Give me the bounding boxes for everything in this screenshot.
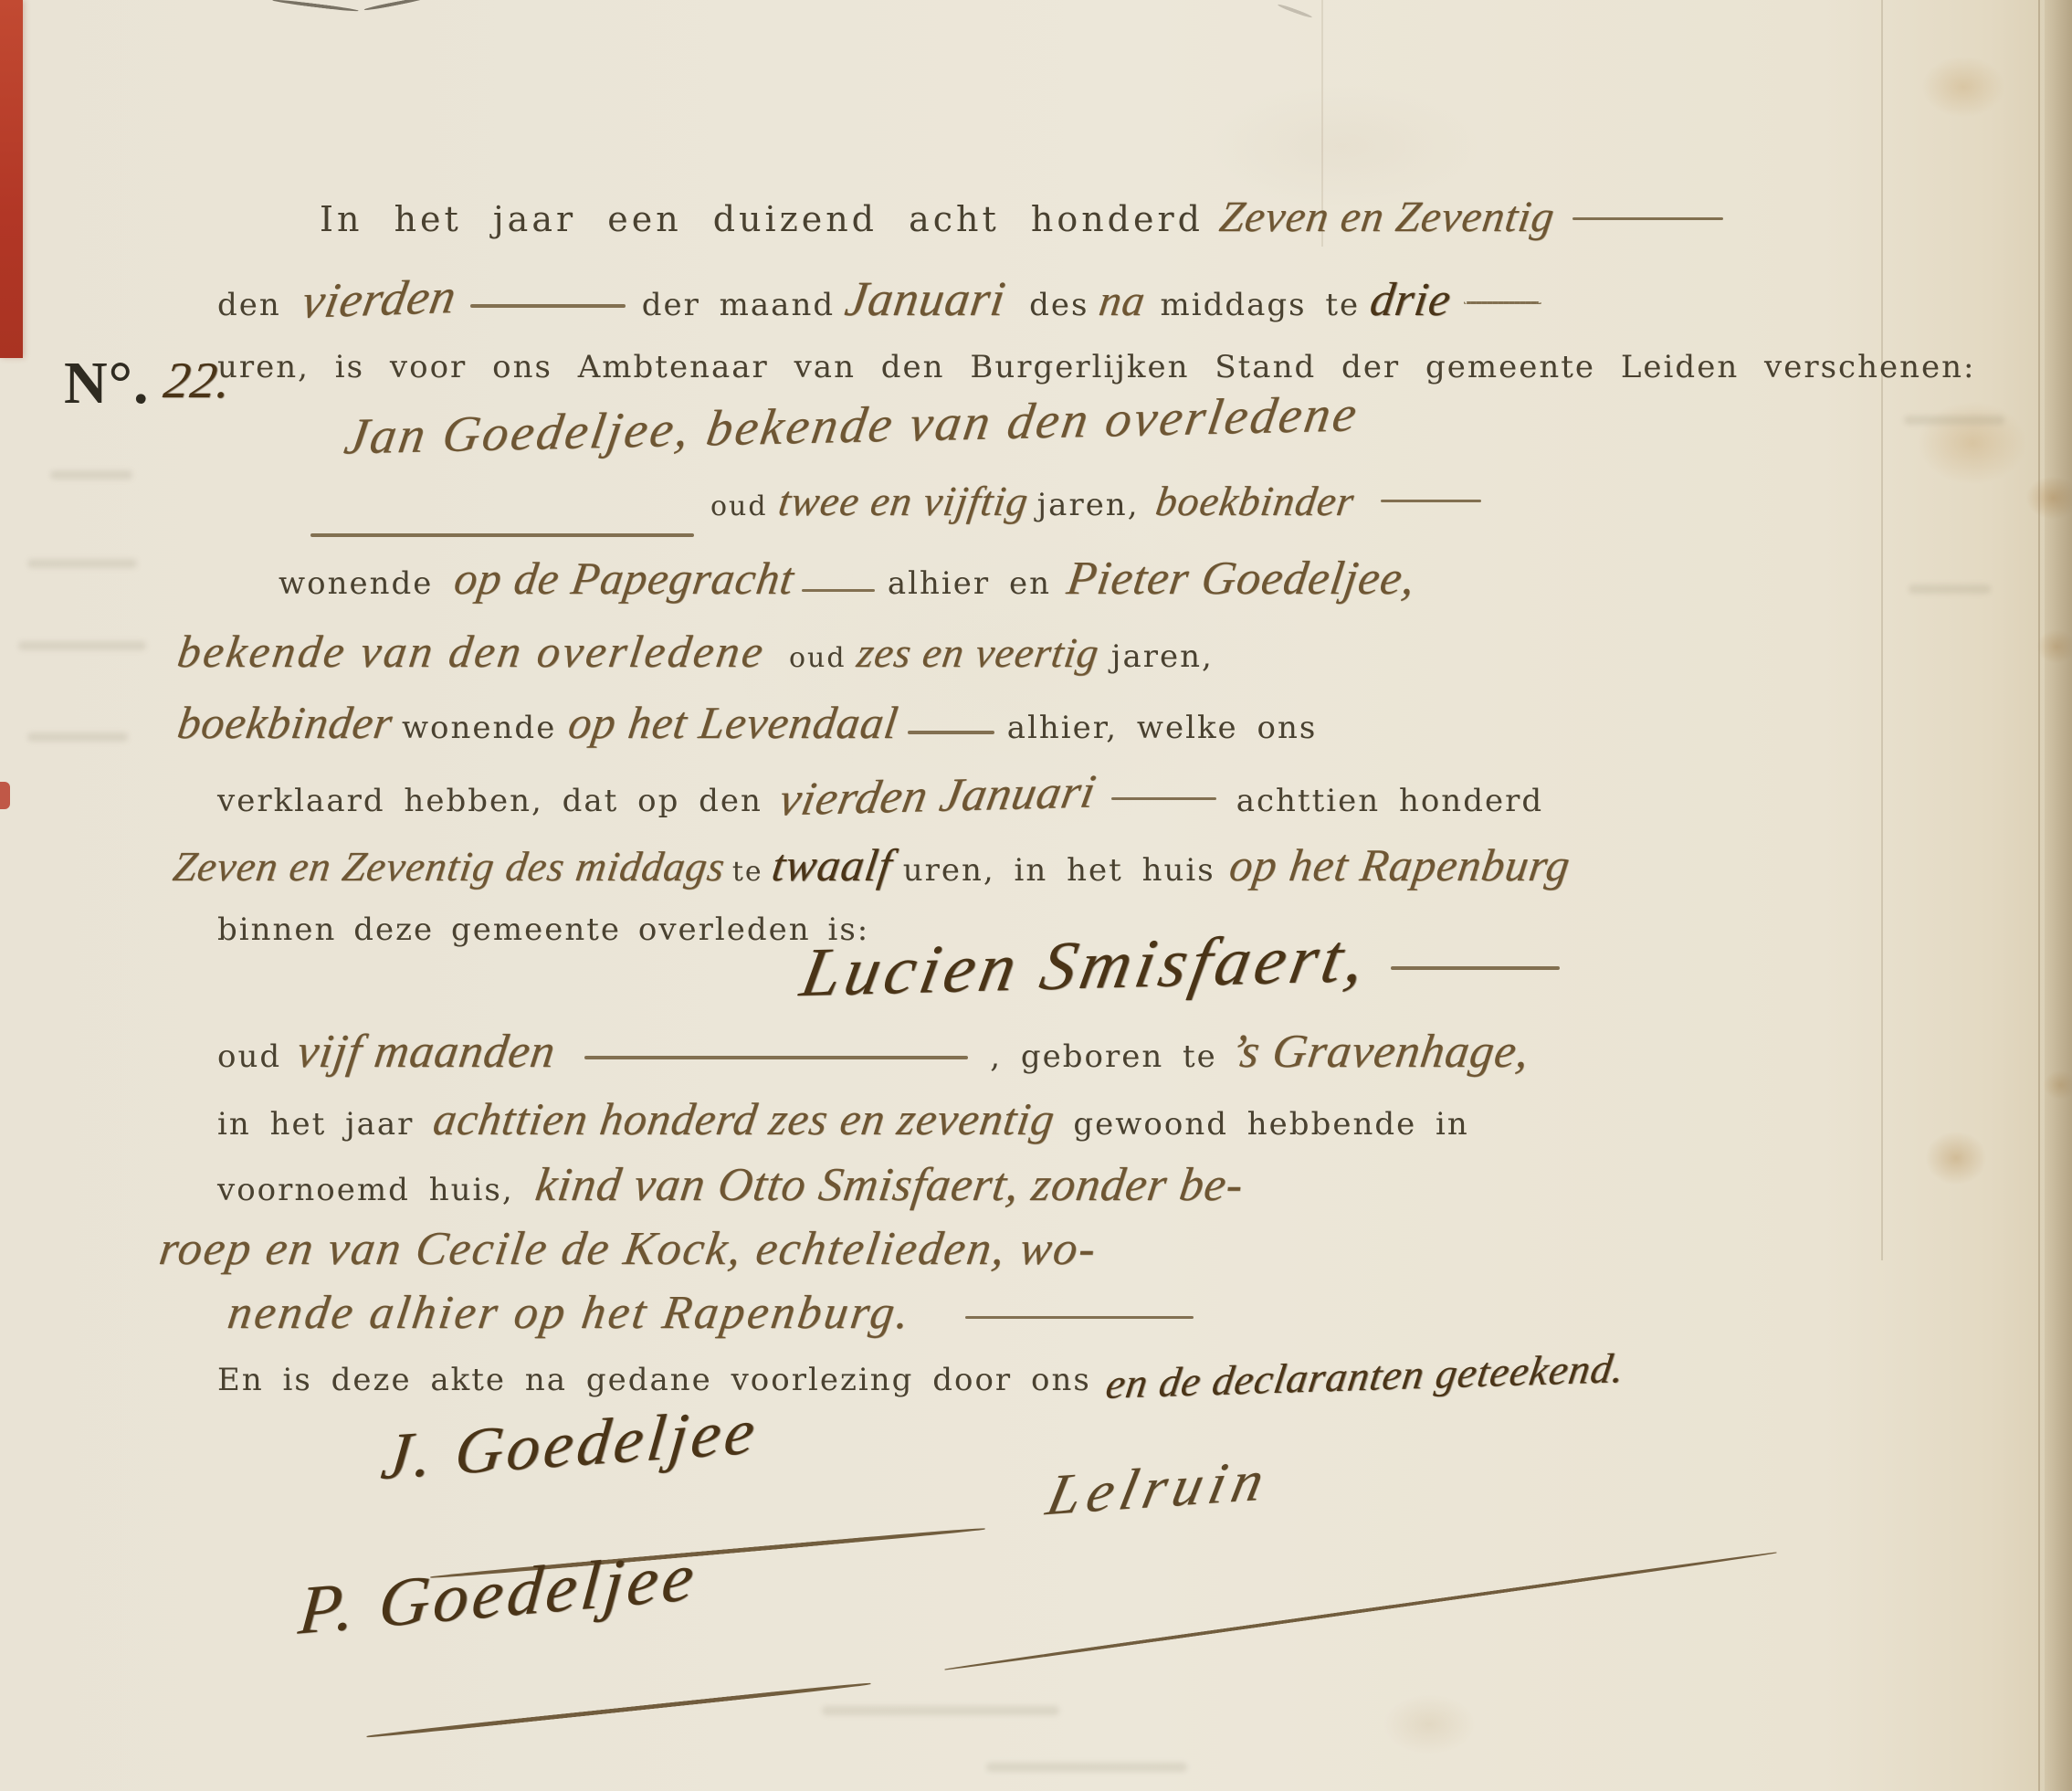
act-line-7: bekende van den overledene oud zes en ve… xyxy=(178,625,1214,678)
handwritten-segment: achttien honderd zes en zeventig xyxy=(430,1092,1058,1145)
handwritten-segment: vijf maanden xyxy=(294,1025,559,1079)
act-line-18: En is deze akte na gedane voorlezing doo… xyxy=(217,1352,1623,1400)
bleed-through-smudge xyxy=(986,1763,1187,1772)
handwritten-segment: Januari xyxy=(842,270,1010,327)
printed-segment: uren, is voor ons Ambtenaar van den Burg… xyxy=(217,349,1975,385)
death-certificate-scan: N°.22. In het jaar een duizend acht hond… xyxy=(0,0,2072,1791)
handwritten-segment: kind van Otto Smisfaert, zonder be- xyxy=(531,1158,1246,1212)
deceased-name-handwritten: Lucien Smisfaert, xyxy=(794,919,1375,1013)
handwritten-segment: na xyxy=(1097,276,1150,326)
handwritten-segment: twaalf xyxy=(769,838,896,891)
act-line-6: wonende op de Papegracht alhier en Piete… xyxy=(279,552,1415,606)
bleed-through-smudge xyxy=(1904,416,2004,425)
printed-segment: te xyxy=(732,856,763,888)
handwritten-segment: vierden xyxy=(298,268,461,330)
printed-segment: alhier en xyxy=(888,565,1051,602)
handwritten-segment: ’s Gravenhage, xyxy=(1226,1025,1533,1079)
top-edge-ink-mark xyxy=(272,0,359,13)
printed-segment: En is deze akte na gedane voorlezing doo… xyxy=(217,1362,1091,1398)
signature-text: P. Goedeljee xyxy=(296,1537,700,1650)
printed-segment: oud xyxy=(789,642,847,674)
handwritten-segment: bekende van den overledene xyxy=(174,625,769,678)
page-right-edge xyxy=(2045,0,2072,1791)
printed-segment: achttien honderd xyxy=(1236,783,1543,819)
printed-segment: oud xyxy=(217,1038,281,1075)
signature-text: J. Goedeljee xyxy=(378,1394,763,1495)
act-line-17: nende alhier op het Rapenburg. xyxy=(228,1286,1194,1340)
paper-stains xyxy=(0,0,2072,1791)
bleed-through-smudge xyxy=(50,470,132,479)
signature-witness-2: P. Goedeljee xyxy=(301,1554,695,1634)
printed-segment: binnen deze gemeente overleden is: xyxy=(217,911,869,948)
ink-dash xyxy=(1464,301,1541,304)
top-edge-ink-mark xyxy=(363,0,426,12)
act-line-15: voornoemd huis, kind van Otto Smisfaert,… xyxy=(217,1158,1243,1212)
red-edge-mark xyxy=(0,782,10,809)
bleed-through-smudge xyxy=(27,559,137,568)
printed-segment: jaren, xyxy=(1037,487,1140,523)
signature-text: Lelruin xyxy=(1041,1447,1277,1529)
printed-segment: wonende xyxy=(279,565,433,602)
printed-segment: in het jaar xyxy=(217,1106,414,1143)
act-line-10: Zeven en Zeventig des middags te twaalf … xyxy=(174,838,1570,891)
handwritten-segment: Jan Goedeljee, bekende van den overleden… xyxy=(341,385,1363,466)
act-line-16: roep en van Cecile de Kock, echtelieden,… xyxy=(160,1222,1097,1276)
ink-line-filler xyxy=(310,533,694,537)
handwritten-segment: op de Papegracht xyxy=(451,552,798,605)
act-line-5: oud twee en vijftig jaren, boekbinder xyxy=(310,477,1481,537)
printed-segment: gewoond hebbende in xyxy=(1073,1106,1468,1143)
printed-segment: uren, in het huis xyxy=(903,852,1215,889)
signature-registrar: Lelruin xyxy=(1050,1454,1267,1522)
printed-segment: den xyxy=(217,287,281,323)
top-edge-ink-mark xyxy=(1278,3,1313,18)
printed-segment: In het jaar een duizend acht honderd xyxy=(320,199,1204,239)
printed-segment: middags te xyxy=(1160,287,1360,323)
ink-dash xyxy=(584,1056,968,1059)
ink-dash xyxy=(1111,797,1216,800)
act-line-9: verklaard hebben, dat op den vierden Jan… xyxy=(217,769,1543,823)
printed-segment: wonende xyxy=(402,710,556,746)
act-line-12-deceased-name: Lucien Smisfaert, xyxy=(804,926,1560,1006)
handwritten-segment: drie xyxy=(1367,273,1455,327)
printed-segment: jaren, xyxy=(1111,638,1214,675)
ink-dash xyxy=(802,589,875,592)
ink-dash xyxy=(965,1316,1194,1319)
handwritten-segment: zes en veertig xyxy=(854,628,1102,677)
handwritten-segment: twee en vijftig xyxy=(775,477,1031,525)
printed-segment: oud xyxy=(710,490,768,522)
ink-dash xyxy=(1572,217,1723,220)
handwritten-segment: Zeven en Zeventig xyxy=(1216,192,1558,242)
margin-record-number: N°.22. xyxy=(64,349,231,418)
printed-segment: des xyxy=(1029,287,1089,323)
handwritten-segment: op het Rapenburg xyxy=(1226,838,1574,891)
printed-segment: , geboren te xyxy=(990,1038,1217,1075)
handwritten-segment: op het Levendaal xyxy=(565,696,902,749)
printed-segment: der maand xyxy=(642,287,835,323)
handwritten-segment: vierden Januari xyxy=(775,765,1101,827)
act-line-13: oud vijf maanden , geboren te ’s Gravenh… xyxy=(217,1025,1530,1079)
act-line-1: In het jaar een duizend acht honderd Zev… xyxy=(320,192,1723,242)
handwritten-segment: boekbinder xyxy=(1152,477,1357,525)
record-number-label: N°. xyxy=(64,350,150,416)
registrar-flourish-line xyxy=(944,1551,1777,1671)
page-fold-line xyxy=(1881,0,1883,1260)
red-binding-strip xyxy=(0,0,23,358)
handwritten-segment: Pieter Goedeljee, xyxy=(1064,552,1419,606)
bleed-through-smudge xyxy=(18,641,146,650)
ink-dash xyxy=(1391,966,1560,970)
ink-dash xyxy=(908,731,994,734)
handwritten-segment: Zeven en Zeventig des middags xyxy=(170,842,728,890)
handwritten-segment: en de declaranten geteekend. xyxy=(1103,1343,1628,1408)
act-line-3: uren, is voor ons Ambtenaar van den Burg… xyxy=(217,349,1975,385)
handwritten-segment: roep en van Cecile de Kock, echtelieden,… xyxy=(156,1222,1100,1276)
printed-segment: verklaard hebben, dat op den xyxy=(217,783,763,819)
printed-segment: voornoemd huis, xyxy=(217,1172,514,1208)
handwritten-segment: nende alhier op het Rapenburg. xyxy=(225,1286,915,1340)
ink-dash xyxy=(470,304,626,308)
signature-underline-flourish xyxy=(366,1681,870,1739)
bleed-through-smudge xyxy=(27,732,128,742)
act-line-11: binnen deze gemeente overleden is: xyxy=(217,911,869,948)
ink-dash xyxy=(1381,500,1481,502)
act-line-14: in het jaar achttien honderd zes en zeve… xyxy=(217,1092,1469,1145)
printed-segment: alhier, welke ons xyxy=(1007,710,1318,746)
act-line-8: boekbinder wonende op het Levendaal alhi… xyxy=(178,696,1317,749)
act-line-4: Jan Goedeljee, bekende van den overleden… xyxy=(347,396,1357,455)
handwritten-segment: boekbinder xyxy=(174,696,396,749)
page-edge-line xyxy=(2038,0,2040,1791)
act-line-2: den vierden der maand Januari des na mid… xyxy=(217,270,1541,327)
bleed-through-smudge xyxy=(822,1706,1059,1715)
signature-witness-1: J. Goedeljee xyxy=(384,1406,756,1482)
bleed-through-smudge xyxy=(1909,585,1991,594)
